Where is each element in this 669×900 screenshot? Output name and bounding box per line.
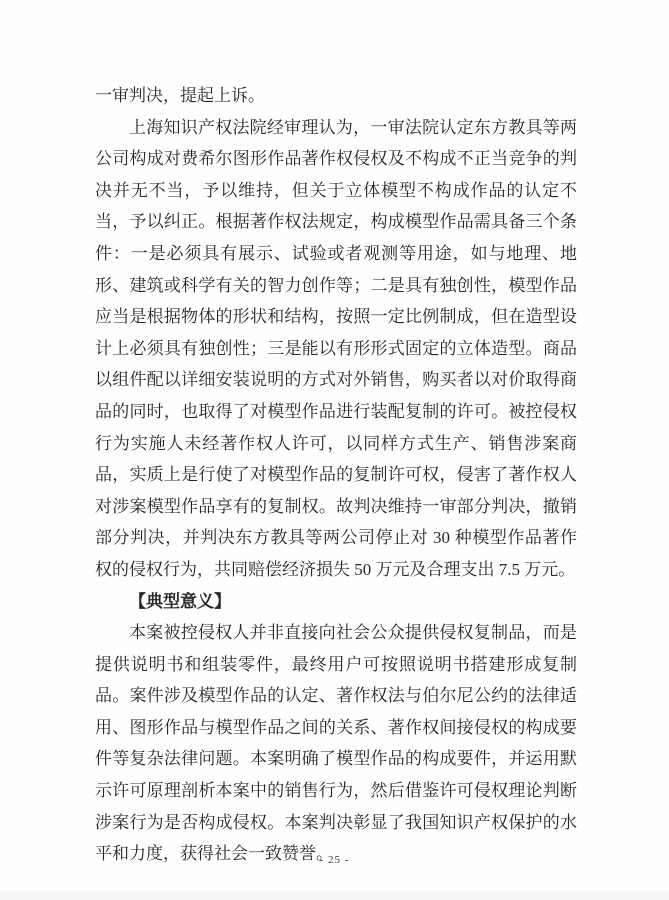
page-bottom-edge: [0, 891, 669, 900]
paragraph-continuation: 一审判决，提起上诉。: [95, 80, 577, 112]
document-body: 一审判决，提起上诉。 上海知识产权法院经审理认为，一审法院认定东方教具等两公司构…: [95, 80, 577, 870]
section-heading-typical-significance: 【典型意义】: [95, 586, 577, 618]
paragraph-typical-significance: 本案被控侵权人并非直接向社会公众提供侵权复制品，而是提供说明书和组装零件，最终用…: [95, 617, 577, 870]
page-number: - 25 -: [0, 854, 669, 866]
document-page: 一审判决，提起上诉。 上海知识产权法院经审理认为，一审法院认定东方教具等两公司构…: [0, 0, 669, 900]
paragraph-court-ruling: 上海知识产权法院经审理认为，一审法院认定东方教具等两公司构成对费希尔图形作品著作…: [95, 112, 577, 586]
